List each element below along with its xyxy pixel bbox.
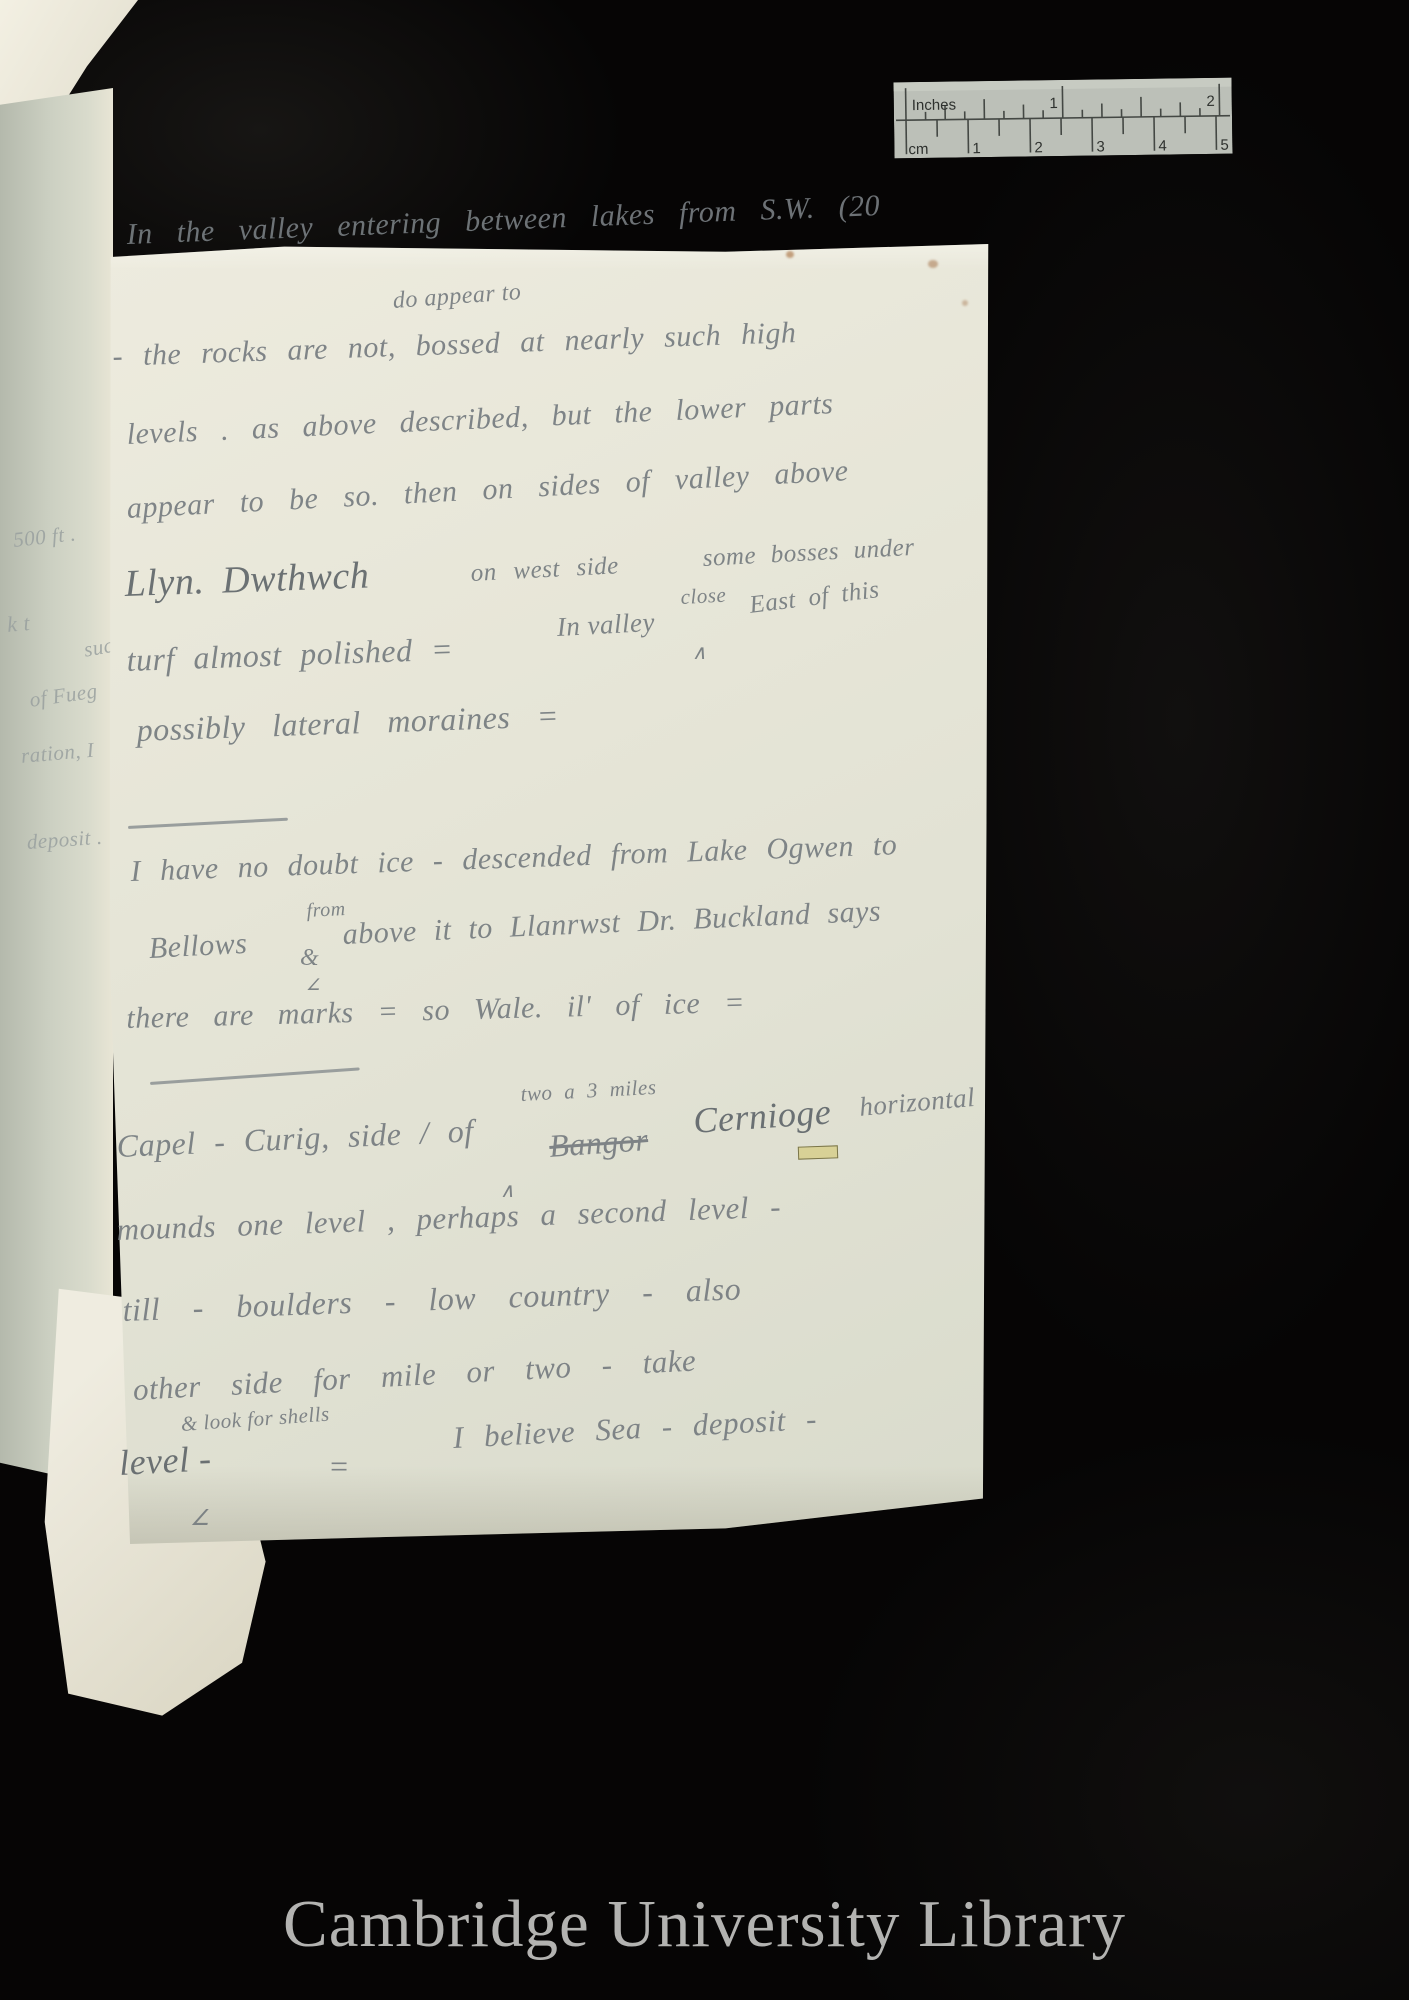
- ruler-cm-label: cm: [908, 141, 928, 158]
- library-watermark: Cambridge University Library: [0, 1886, 1409, 1963]
- left-page-fragment: deposit .: [26, 825, 103, 855]
- strikethrough-word-bangor: Bangor: [548, 1121, 649, 1165]
- ruler-cm-number-4: 4: [1158, 138, 1167, 155]
- interlineation-close: close: [680, 583, 727, 610]
- handwritten-line-15a: level -: [118, 1437, 213, 1484]
- caret-mark: ∠: [190, 1505, 210, 1531]
- handwritten-line-6b: In valley: [556, 607, 656, 643]
- handwritten-line-5-placename: Llyn. Dwthwch: [124, 553, 370, 606]
- manuscript-photograph: 500 ft . k t such- of Fueg ration, I dep…: [0, 0, 1409, 2000]
- interlineation-from: from: [306, 898, 346, 923]
- staple-mark: [798, 1145, 838, 1159]
- foxing-spot: [786, 251, 794, 258]
- foxing-spot: [928, 260, 938, 268]
- ruler-cm-number-1: 1: [972, 140, 981, 157]
- ruler-cm-number-2: 2: [1034, 139, 1043, 156]
- left-page-fragment: k t: [6, 610, 31, 638]
- caret-mark: ∠: [306, 975, 321, 995]
- ruler-inches-label: Inches: [912, 96, 956, 114]
- ruler-cm-number-5: 5: [1220, 137, 1229, 154]
- caret-mark: ∧: [692, 640, 707, 665]
- handwritten-line-9a: Bellows: [148, 927, 248, 966]
- equals-mark: =: [328, 1448, 350, 1485]
- ruler-inch-number-2: 2: [1206, 93, 1215, 110]
- handwritten-line-1: In the valley entering between lakes fro…: [126, 189, 881, 252]
- ampersand-mark: &: [300, 945, 319, 972]
- measurement-ruler: Inches 1 2 cm 1 2 3 4 5: [893, 78, 1232, 159]
- left-page-edge: [0, 88, 113, 1488]
- ruler-cm-number-3: 3: [1096, 138, 1105, 155]
- foxing-spot: [962, 300, 968, 306]
- ruler-inch-number-1: 1: [1049, 95, 1058, 112]
